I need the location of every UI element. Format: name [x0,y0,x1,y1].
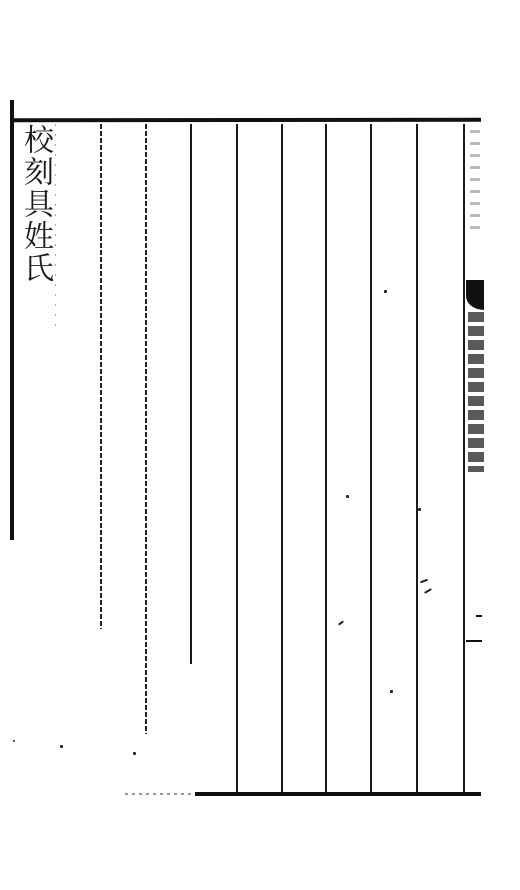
ink-speck [13,740,15,742]
fish-tail-block [466,280,484,310]
column-rule [281,124,283,792]
ink-speck [420,579,428,584]
center-margin-text [468,312,484,472]
column-rule [370,124,372,792]
ink-speck [346,495,349,498]
column-rule [416,124,418,792]
bottom-border-faint [125,793,195,795]
ink-speck [424,588,432,594]
column-rule-faint [55,124,56,334]
column-rule [145,124,147,734]
center-margin-tick [466,640,482,642]
ink-speck [384,290,387,293]
column-rule [236,124,238,792]
ink-speck [418,508,421,511]
ink-speck [60,745,63,748]
top-border-line [14,118,481,122]
ink-speck [133,752,136,755]
column-rule [190,124,192,664]
column-rule [100,124,102,629]
left-border-line [10,100,14,540]
center-margin-tick [476,615,482,617]
column-label-text: 校刻具姓氏 [18,124,52,284]
ink-speck [390,690,393,693]
scanned-page: 校刻具姓氏 [0,0,520,890]
column-rule [325,124,327,792]
ink-speck [338,620,344,625]
column-rule-center [463,124,465,792]
center-margin-marks [470,130,480,230]
bottom-border-line [195,792,481,796]
